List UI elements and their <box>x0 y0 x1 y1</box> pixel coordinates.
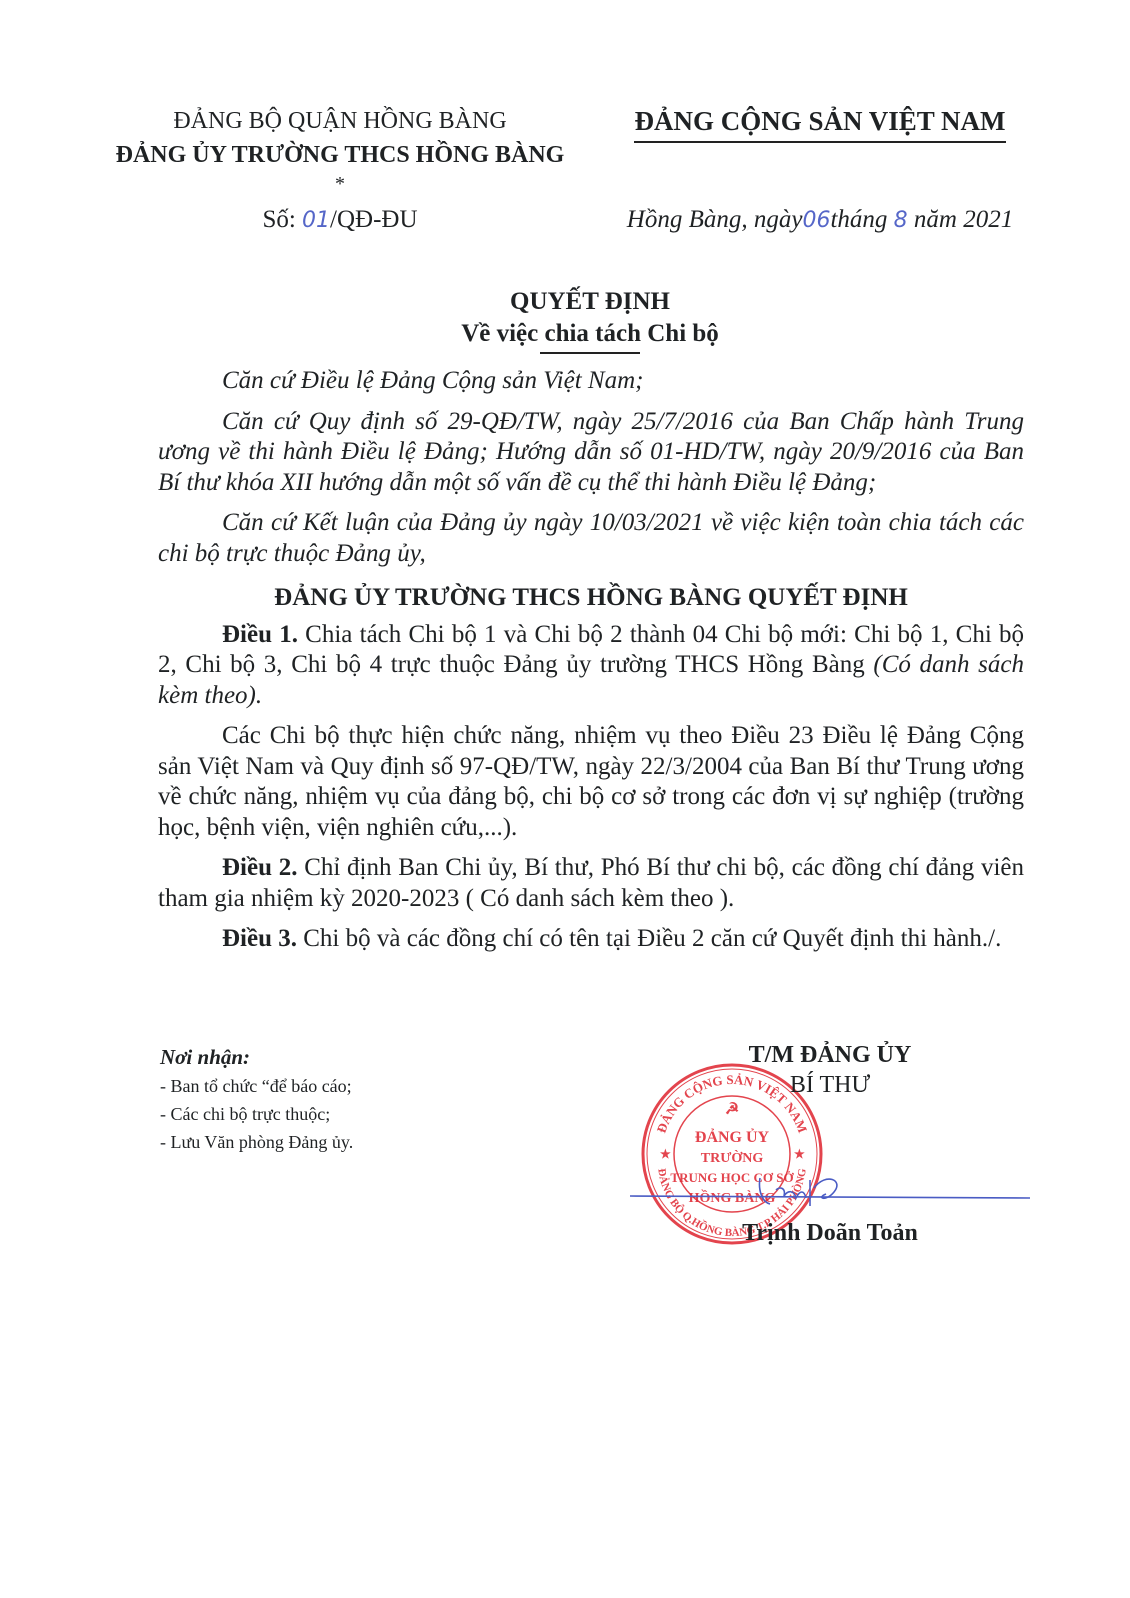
stamp-inner-2: TRƯỜNG <box>701 1149 764 1166</box>
svg-text:★: ★ <box>794 1147 805 1161</box>
separator-star: * <box>100 174 580 194</box>
signature-position: BÍ THƯ <box>620 1070 1040 1100</box>
document-title: QUYẾT ĐỊNH Về việc chia tách Chi bộ <box>150 286 1030 354</box>
recipient-item: - Lưu Văn phòng Đảng ủy. <box>160 1128 480 1156</box>
article-1-extra: Các Chi bộ thực hiện chức năng, nhiệm vụ… <box>158 721 1024 843</box>
decision-heading: ĐẢNG ỦY TRƯỜNG THCS HỒNG BÀNG QUYẾT ĐỊNH <box>158 583 1024 614</box>
issue-date: Hồng Bàng, ngày06tháng 8 năm 2021 <box>600 206 1040 234</box>
number-prefix: Số: <box>262 206 302 233</box>
article-2-label: Điều 2. <box>222 854 297 881</box>
signature-on-behalf: T/M ĐẢNG ỦY <box>620 1040 1040 1070</box>
svg-text:★: ★ <box>660 1147 671 1161</box>
date-prefix: Hồng Bàng, ngày <box>627 206 803 233</box>
handwritten-signature <box>630 1176 1030 1216</box>
article-3: Điều 3. Chi bộ và các đồng chí có tên tạ… <box>158 924 1024 955</box>
article-2: Điều 2. Chỉ định Ban Chi ủy, Bí thư, Phó… <box>158 853 1024 914</box>
issuer-block: ĐẢNG BỘ QUẬN HỒNG BÀNG ĐẢNG ỦY TRƯỜNG TH… <box>100 104 580 194</box>
article-1-label: Điều 1. <box>222 621 298 648</box>
title-subject: Về việc chia tách Chi bộ <box>150 318 1030 350</box>
issuing-organization: ĐẢNG ỦY TRƯỜNG THCS HỒNG BÀNG <box>100 138 580 172</box>
recipients-heading: Nơi nhận: <box>160 1042 480 1072</box>
date-day: 06 <box>802 208 830 233</box>
recipient-item: - Ban tổ chức “để báo cáo; <box>160 1072 480 1100</box>
number-handwritten: 01 <box>302 208 330 233</box>
article-3-label: Điều 3. <box>222 925 297 952</box>
stamp-inner-1: ĐẢNG ỦY <box>695 1127 770 1146</box>
recipients-block: Nơi nhận: - Ban tổ chức “để báo cáo; - C… <box>160 1042 480 1156</box>
svg-text:☭: ☭ <box>725 1101 739 1118</box>
article-1: Điều 1. Chia tách Chi bộ 1 và Chi bộ 2 t… <box>158 620 1024 712</box>
signer-name: Trịnh Doãn Toản <box>620 1220 1040 1247</box>
date-month-label: tháng <box>830 206 887 233</box>
title-main: QUYẾT ĐỊNH <box>150 286 1030 318</box>
article-3-text: Chi bộ và các đồng chí có tên tại Điều 2… <box>297 925 1001 952</box>
date-year: năm 2021 <box>914 206 1013 233</box>
document-body: Căn cứ Điều lệ Đảng Cộng sản Việt Nam; C… <box>158 366 1024 955</box>
document-number: Số: 01/QĐ-ĐU <box>100 206 580 234</box>
party-name: ĐẢNG CỘNG SẢN VIỆT NAM <box>634 106 1005 143</box>
number-suffix: /QĐ-ĐU <box>330 206 418 233</box>
parent-organization: ĐẢNG BỘ QUẬN HỒNG BÀNG <box>100 104 580 138</box>
preamble-2: Căn cứ Quy định số 29-QĐ/TW, ngày 25/7/2… <box>158 407 1024 499</box>
preamble-1: Căn cứ Điều lệ Đảng Cộng sản Việt Nam; <box>158 366 1024 397</box>
party-block: ĐẢNG CỘNG SẢN VIỆT NAM <box>600 106 1040 143</box>
title-underline <box>540 352 640 354</box>
signature-block: T/M ĐẢNG ỦY BÍ THƯ Trịnh Doãn Toản <box>620 1040 1040 1100</box>
recipient-item: - Các chi bộ trực thuộc; <box>160 1100 480 1128</box>
preamble-3: Căn cứ Kết luận của Đảng ủy ngày 10/03/2… <box>158 508 1024 569</box>
date-month: 8 <box>894 208 908 233</box>
